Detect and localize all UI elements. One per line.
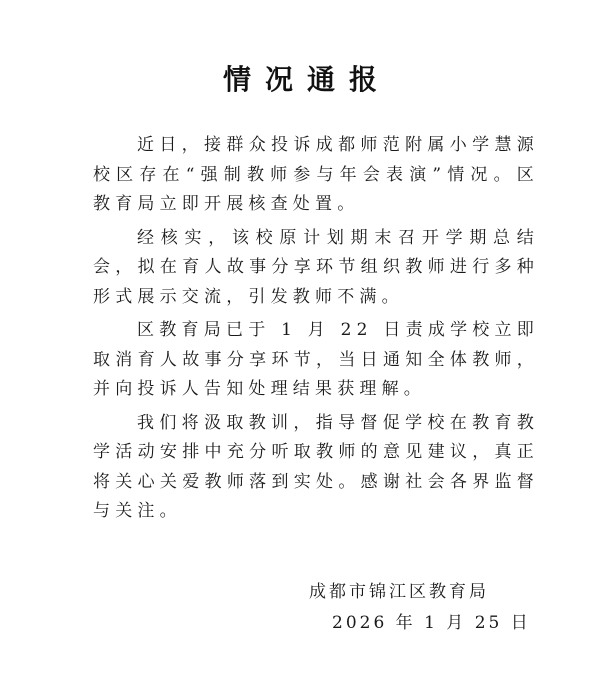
paragraph-action-taken: 区教育局已于 1 月 22 日责成学校立即取消育人故事分享环节，当日通知全体教师… — [93, 316, 539, 405]
issue-date: 2026 年 1 月 25 日 — [332, 608, 531, 633]
document-body: 近日，接群众投诉成都师范附属小学慧源校区存在“强制教师参与年会表演”情况。区教育… — [93, 131, 539, 531]
paragraph-verification: 经核实，该校原计划期末召开学期总结会，拟在育人故事分享环节组织教师进行多种形式展… — [93, 224, 539, 313]
document-title: 情况通报 — [0, 58, 600, 98]
organization-name: 成都市锦江区教育局 — [309, 577, 489, 602]
paragraph-commitment: 我们将汲取教训，指导督促学校在教育教学活动安排中充分听取教师的意见建议，真正将关… — [93, 409, 539, 527]
paragraph-complaint: 近日，接群众投诉成都师范附属小学慧源校区存在“强制教师参与年会表演”情况。区教育… — [93, 131, 539, 220]
